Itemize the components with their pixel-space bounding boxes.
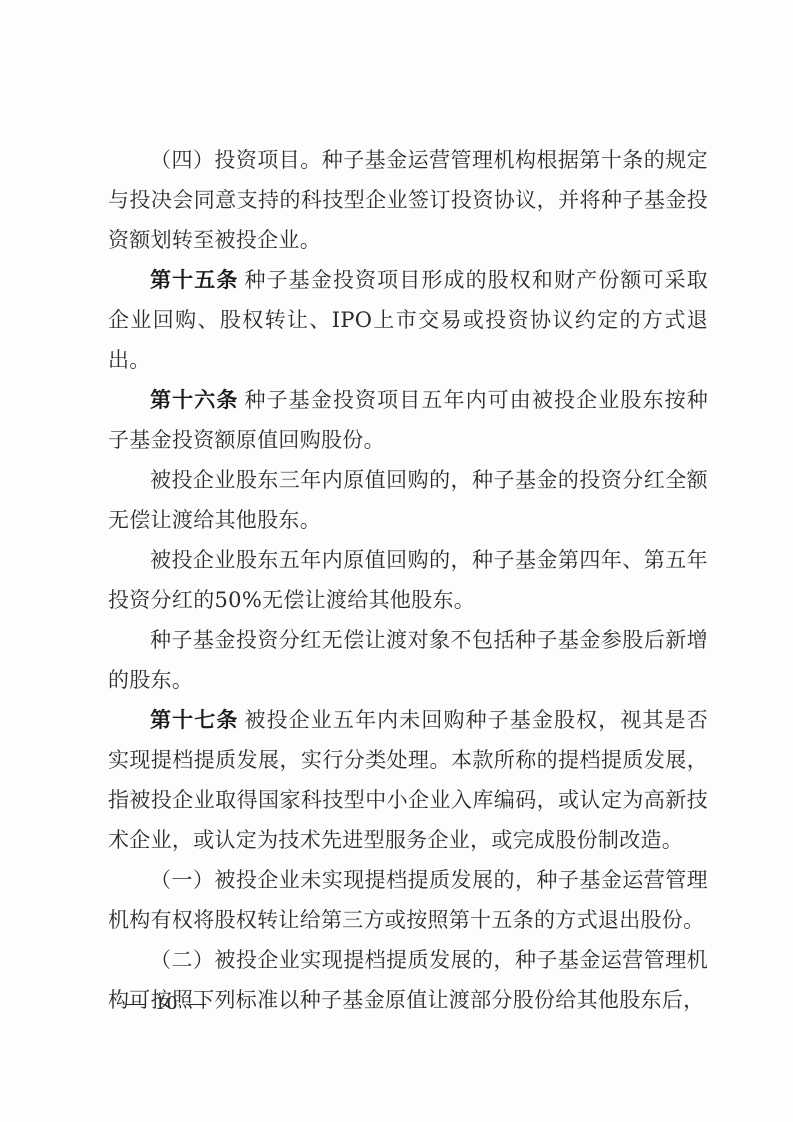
paragraph-text: （一）被投企业未实现提档提质发展的，种子基金运营管理机构有权将股权转让给第三方或… [108, 868, 708, 932]
paragraph-article-15: 第十五条种子基金投资项目形成的股权和财产份额可采取企业回购、股权转让、IPO上市… [108, 260, 708, 380]
article-number: 第十七条 [150, 708, 238, 732]
paragraph-text: 种子基金投资分红无偿让渡对象不包括种子基金参股后新增的股东。 [108, 628, 708, 692]
article-number: 第十五条 [150, 268, 238, 292]
article-number: 第十六条 [150, 388, 238, 412]
paragraph-three-year-buyback: 被投企业股东三年内原值回购的，种子基金的投资分红全额无偿让渡给其他股东。 [108, 460, 708, 540]
paragraph-article-16: 第十六条种子基金投资项目五年内可由被投企业股东按种子基金投资额原值回购股份。 [108, 380, 708, 460]
paragraph-article-17: 第十七条被投企业五年内未回购种子基金股权，视其是否实现提档提质发展，实行分类处理… [108, 700, 708, 860]
paragraph-transfer-exclusion: 种子基金投资分红无偿让渡对象不包括种子基金参股后新增的股东。 [108, 620, 708, 700]
paragraph-text: 被投企业股东五年内原值回购的，种子基金第四年、第五年投资分红的50%无偿让渡给其… [108, 548, 708, 612]
paragraph-five-year-buyback: 被投企业股东五年内原值回购的，种子基金第四年、第五年投资分红的50%无偿让渡给其… [108, 540, 708, 620]
paragraph-clause-1: （一）被投企业未实现提档提质发展的，种子基金运营管理机构有权将股权转让给第三方或… [108, 860, 708, 940]
paragraph-investment-project: （四）投资项目。种子基金运营管理机构根据第十条的规定与投决会同意支持的科技型企业… [108, 140, 708, 260]
paragraph-text: （四）投资项目。种子基金运营管理机构根据第十条的规定与投决会同意支持的科技型企业… [108, 148, 708, 252]
document-page-body: （四）投资项目。种子基金运营管理机构根据第十条的规定与投决会同意支持的科技型企业… [108, 140, 708, 1020]
paragraph-text: 被投企业股东三年内原值回购的，种子基金的投资分红全额无偿让渡给其他股东。 [108, 468, 708, 532]
page-number: — 10 — [126, 992, 208, 1015]
